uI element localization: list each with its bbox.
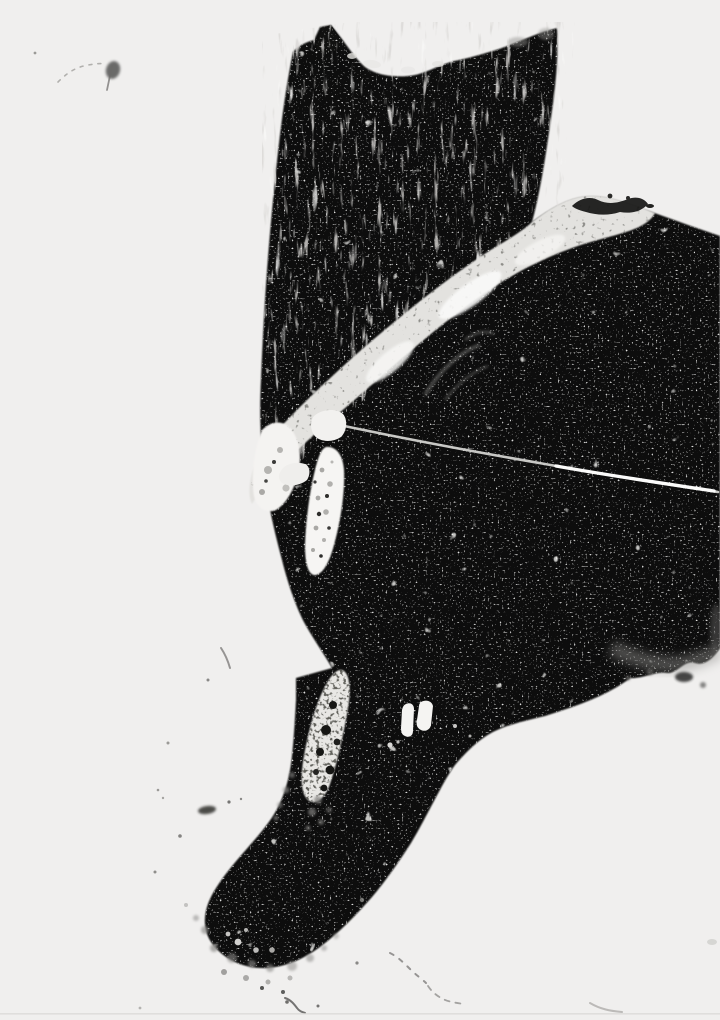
- speck: [387, 742, 392, 747]
- speck: [178, 834, 182, 838]
- speck: [264, 479, 268, 483]
- speck: [318, 819, 324, 825]
- speck: [329, 701, 337, 709]
- speck: [323, 509, 329, 515]
- speck: [625, 675, 630, 680]
- smudge: [707, 939, 717, 945]
- speck: [210, 944, 218, 952]
- smudge: [508, 37, 528, 47]
- speck: [139, 1007, 142, 1010]
- speck: [235, 939, 242, 946]
- speck: [260, 986, 264, 990]
- speck: [266, 964, 274, 972]
- speck: [193, 915, 199, 921]
- speck: [289, 772, 295, 778]
- speck: [317, 512, 321, 516]
- fuzz-blob: [675, 672, 693, 682]
- speck: [264, 466, 272, 474]
- speck: [608, 194, 613, 199]
- speck: [355, 961, 358, 964]
- wire-start-patch: [311, 410, 346, 441]
- speck: [201, 926, 209, 934]
- speck: [314, 526, 319, 531]
- speck: [311, 548, 315, 552]
- speck: [313, 480, 316, 483]
- nostril-right: [417, 701, 433, 731]
- speck: [272, 460, 276, 464]
- speck: [327, 526, 331, 530]
- speck: [306, 826, 311, 831]
- speck: [282, 484, 289, 491]
- speck: [288, 976, 293, 981]
- speck: [277, 447, 283, 453]
- speck: [646, 204, 654, 208]
- speck: [244, 928, 248, 932]
- speck: [266, 980, 271, 985]
- speck: [281, 990, 285, 994]
- speck: [322, 538, 326, 542]
- speck: [221, 969, 227, 975]
- speck: [285, 1000, 289, 1004]
- speck: [226, 932, 231, 937]
- speck: [154, 871, 157, 874]
- speck: [243, 975, 249, 981]
- speck: [34, 52, 37, 55]
- speck: [320, 468, 325, 473]
- speck: [325, 494, 329, 498]
- nick: [432, 61, 444, 67]
- speck: [167, 742, 170, 745]
- speck: [319, 554, 323, 558]
- speck: [277, 802, 283, 808]
- speck: [647, 669, 654, 676]
- speck: [453, 724, 457, 728]
- smudge: [538, 28, 554, 40]
- speck: [274, 816, 279, 821]
- speck: [321, 725, 331, 735]
- speck: [283, 787, 290, 794]
- speck: [626, 196, 630, 200]
- nick: [347, 53, 357, 59]
- speck: [248, 960, 256, 968]
- speck: [326, 807, 332, 813]
- speck: [184, 903, 188, 907]
- speck: [316, 748, 324, 756]
- speck: [334, 739, 341, 746]
- speck: [162, 797, 164, 799]
- speck: [259, 489, 265, 495]
- speck: [331, 461, 334, 464]
- speck: [396, 740, 399, 743]
- speck: [306, 954, 314, 962]
- nick: [401, 67, 415, 74]
- speck: [227, 953, 237, 963]
- speck: [227, 800, 230, 803]
- photo-canvas: [0, 0, 720, 1020]
- speck: [316, 496, 321, 501]
- speck: [269, 947, 275, 953]
- speck: [314, 796, 322, 804]
- speck: [240, 798, 242, 800]
- speck: [157, 789, 160, 792]
- speck: [321, 785, 328, 792]
- speck: [313, 769, 319, 775]
- speck: [333, 933, 339, 939]
- speck: [308, 808, 316, 816]
- nostril-left: [401, 703, 414, 737]
- speck: [317, 1005, 320, 1008]
- speck: [360, 898, 364, 902]
- speck: [326, 766, 335, 775]
- speck: [321, 945, 327, 951]
- speck: [327, 481, 333, 487]
- speck: [287, 961, 297, 971]
- monochrome-photo: [0, 0, 720, 1020]
- speck: [207, 679, 210, 682]
- speck: [469, 735, 472, 738]
- speck: [700, 682, 706, 688]
- bottom-edge-line: [0, 1013, 720, 1015]
- speck: [253, 947, 259, 953]
